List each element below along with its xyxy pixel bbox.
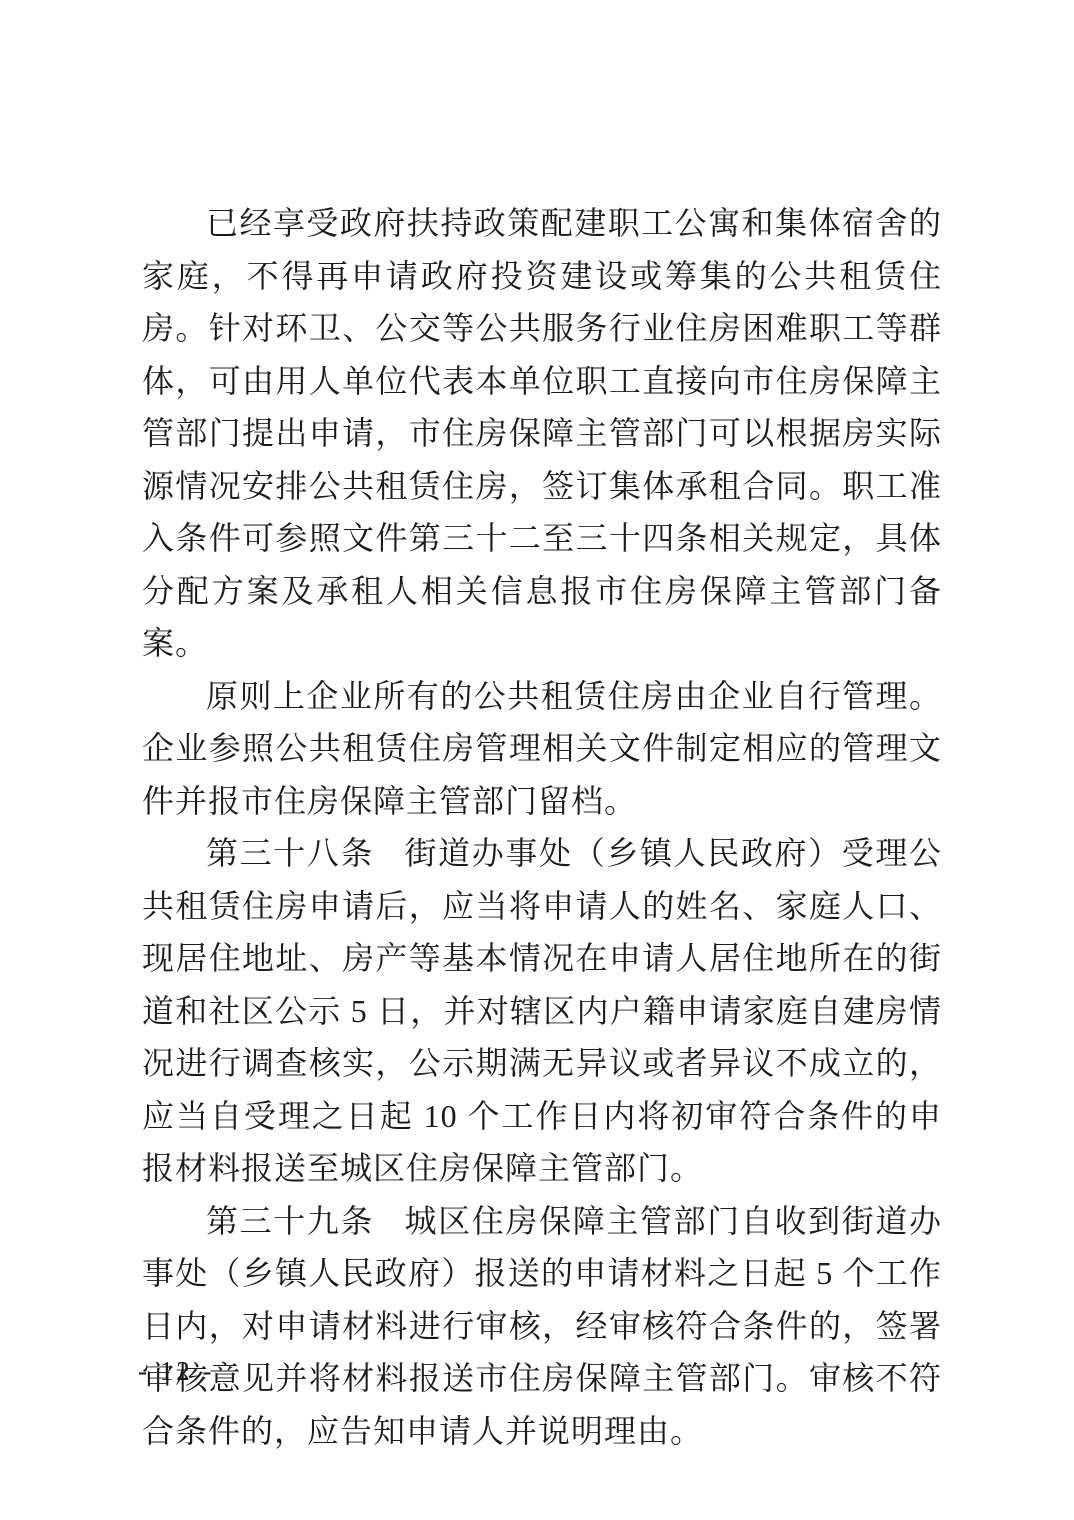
paragraph-2-text: 原则上企业所有的公共租赁住房由企业自行管理。企业参照公共租赁住房管理相关文件制定…: [142, 678, 942, 819]
page-number: - 12 -: [138, 1356, 214, 1387]
paragraph-1: 已经享受政府扶持政策配建职工公寓和集体宿舍的家庭，不得再申请政府投资建设或筹集的…: [142, 197, 942, 670]
paragraph-article-39: 第三十九条城区住房保障主管部门自收到街道办事处（乡镇人民政府）报送的申请材料之日…: [142, 1195, 942, 1458]
paragraph-2: 原则上企业所有的公共租赁住房由企业自行管理。企业参照公共租赁住房管理相关文件制定…: [142, 670, 942, 828]
document-body: 已经享受政府扶持政策配建职工公寓和集体宿舍的家庭，不得再申请政府投资建设或筹集的…: [142, 197, 942, 1457]
document-page: 已经享受政府扶持政策配建职工公寓和集体宿舍的家庭，不得再申请政府投资建设或筹集的…: [0, 0, 1074, 1520]
article-39-heading: 第三十九条: [206, 1203, 374, 1239]
article-39-text: 城区住房保障主管部门自收到街道办事处（乡镇人民政府）报送的申请材料之日起 5 个…: [142, 1203, 942, 1449]
article-38-text: 街道办事处（乡镇人民政府）受理公共租赁住房申请后，应当将申请人的姓名、家庭人口、…: [142, 835, 942, 1186]
paragraph-article-38: 第三十八条街道办事处（乡镇人民政府）受理公共租赁住房申请后，应当将申请人的姓名、…: [142, 827, 942, 1195]
paragraph-1-text: 已经享受政府扶持政策配建职工公寓和集体宿舍的家庭，不得再申请政府投资建设或筹集的…: [142, 205, 942, 661]
article-38-heading: 第三十八条: [206, 835, 374, 871]
